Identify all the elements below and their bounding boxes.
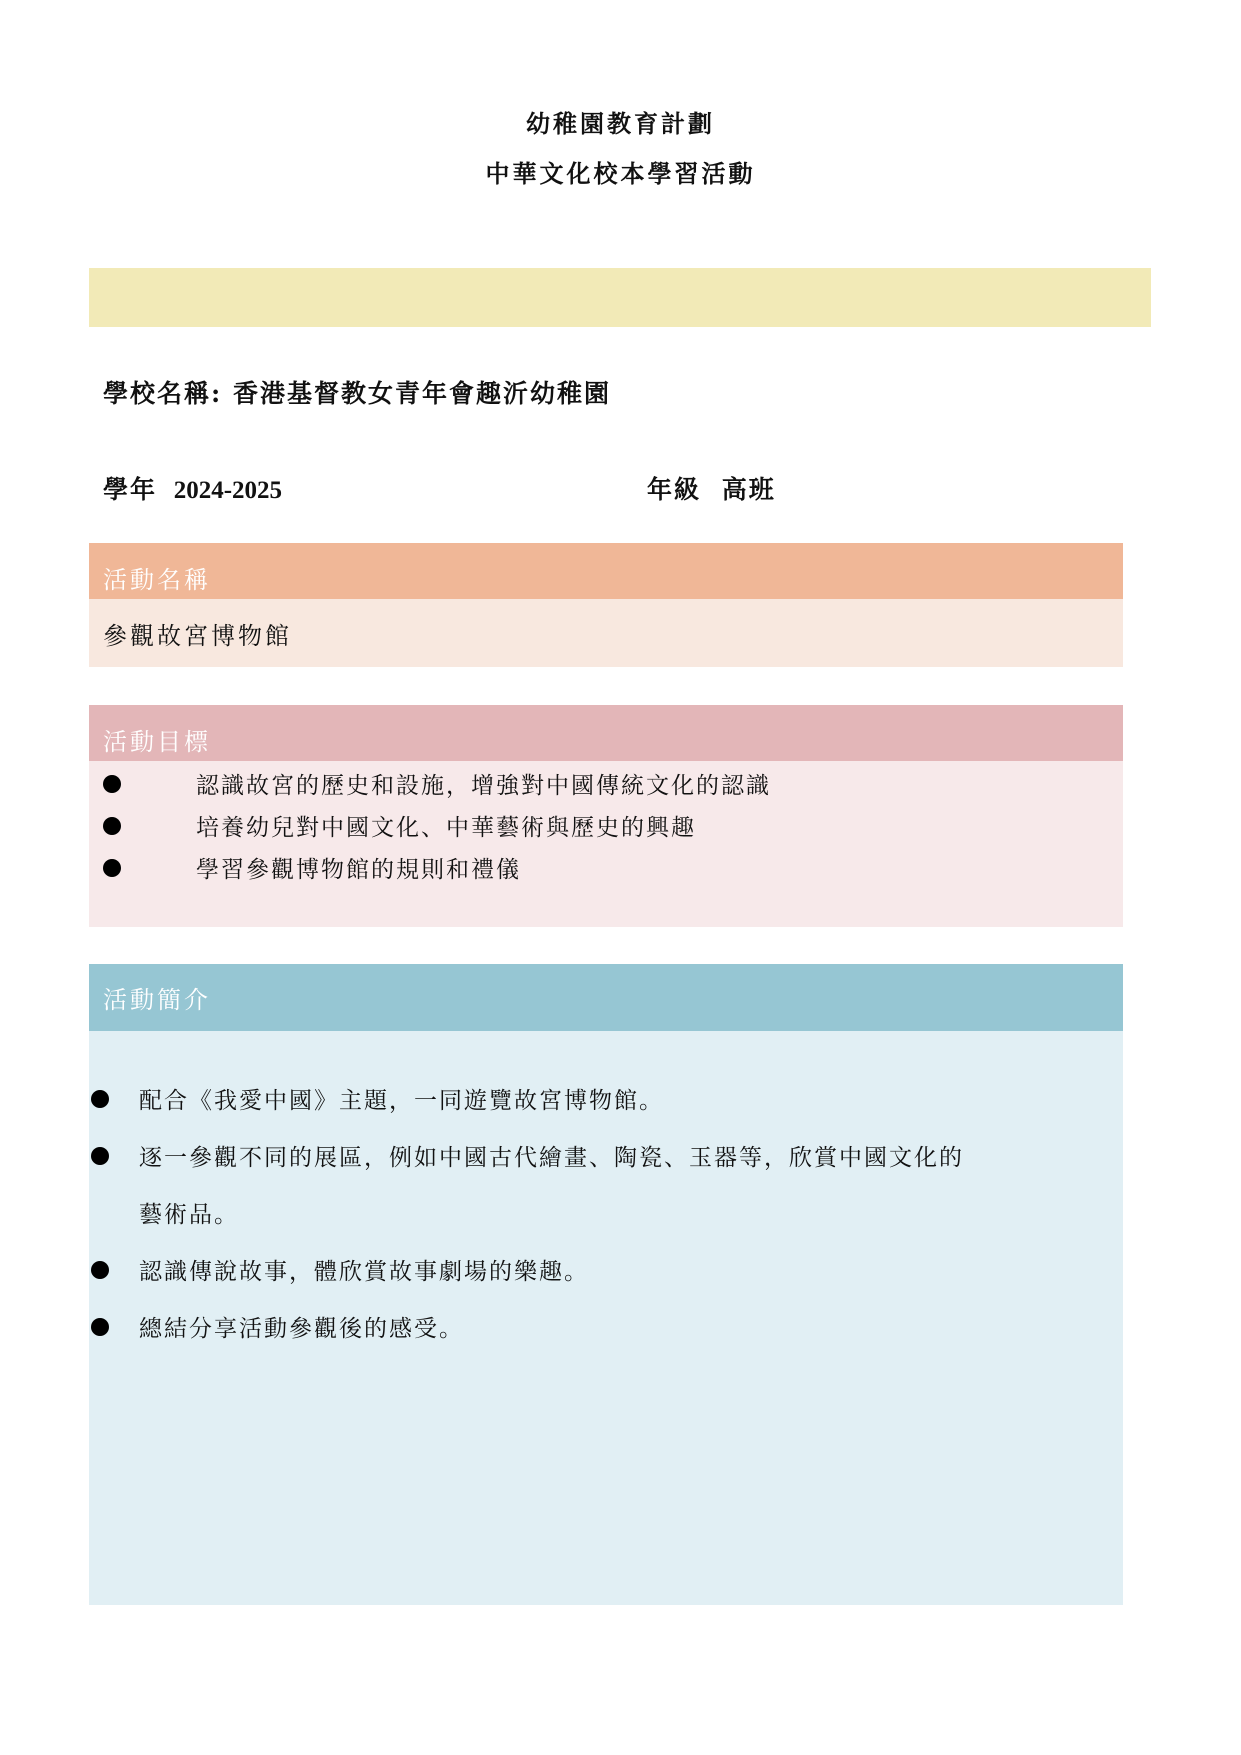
school-year-label: 學年: [103, 475, 157, 504]
bullet-icon: [103, 859, 121, 877]
bullet-icon: [91, 1318, 109, 1336]
objectives-list: 認識故宮的歷史和設施，增強對中國傳統文化的認識 培養幼兒對中國文化、中華藝術與歷…: [89, 761, 1123, 927]
bullet-icon: [103, 817, 121, 835]
document-title: 幼稚園教育計劃: [0, 104, 1241, 139]
school-name-label: 學校名稱:: [103, 379, 222, 408]
intro-item: 配合《我愛中國》主題，一同遊覽故宮博物館。: [91, 1082, 664, 1115]
objective-item: 學習參觀博物館的規則和禮儀: [103, 851, 521, 884]
introduction-list: 配合《我愛中國》主題，一同遊覽故宮博物館。 逐一參觀不同的展區，例如中國古代繪畫…: [89, 1031, 1123, 1605]
decorative-banner: [89, 268, 1151, 327]
activity-name-heading: 活動名稱: [89, 543, 1123, 599]
grade-line: 年級 高班: [647, 470, 776, 506]
school-year-value: 2024-2025: [174, 477, 282, 504]
objective-item: 認識故宮的歷史和設施，增強對中國傳統文化的認識: [103, 767, 771, 800]
intro-item: 認識傳說故事，體欣賞故事劇場的樂趣。: [91, 1253, 589, 1286]
activity-name-value: 參觀故宮博物館: [89, 599, 1123, 667]
introduction-heading: 活動簡介: [89, 964, 1123, 1031]
activity-name-section: 活動名稱 參觀故宮博物館: [89, 543, 1123, 667]
grade-value: 高班: [722, 475, 776, 504]
objectives-section: 活動目標 認識故宮的歷史和設施，增強對中國傳統文化的認識 培養幼兒對中國文化、中…: [89, 705, 1123, 927]
grade-label: 年級: [647, 475, 701, 504]
bullet-icon: [103, 775, 121, 793]
document-subtitle: 中華文化校本學習活動: [0, 154, 1241, 189]
intro-item-continuation: 藝術品。: [139, 1196, 239, 1229]
objectives-heading: 活動目標: [89, 705, 1123, 761]
intro-item: 逐一參觀不同的展區，例如中國古代繪畫、陶瓷、玉器等，欣賞中國文化的: [91, 1139, 964, 1172]
introduction-section: 活動簡介 配合《我愛中國》主題，一同遊覽故宮博物館。 逐一參觀不同的展區，例如中…: [89, 964, 1123, 1605]
bullet-icon: [91, 1261, 109, 1279]
school-name-line: 學校名稱: 香港基督教女青年會趣沂幼稚園: [103, 374, 611, 410]
bullet-icon: [91, 1090, 109, 1108]
bullet-icon: [91, 1147, 109, 1165]
school-name-value: 香港基督教女青年會趣沂幼稚園: [233, 379, 611, 408]
intro-item: 總結分享活動參觀後的感受。: [91, 1310, 464, 1343]
school-year-line: 學年 2024-2025: [103, 470, 282, 506]
objective-item: 培養幼兒對中國文化、中華藝術與歷史的興趣: [103, 809, 696, 842]
